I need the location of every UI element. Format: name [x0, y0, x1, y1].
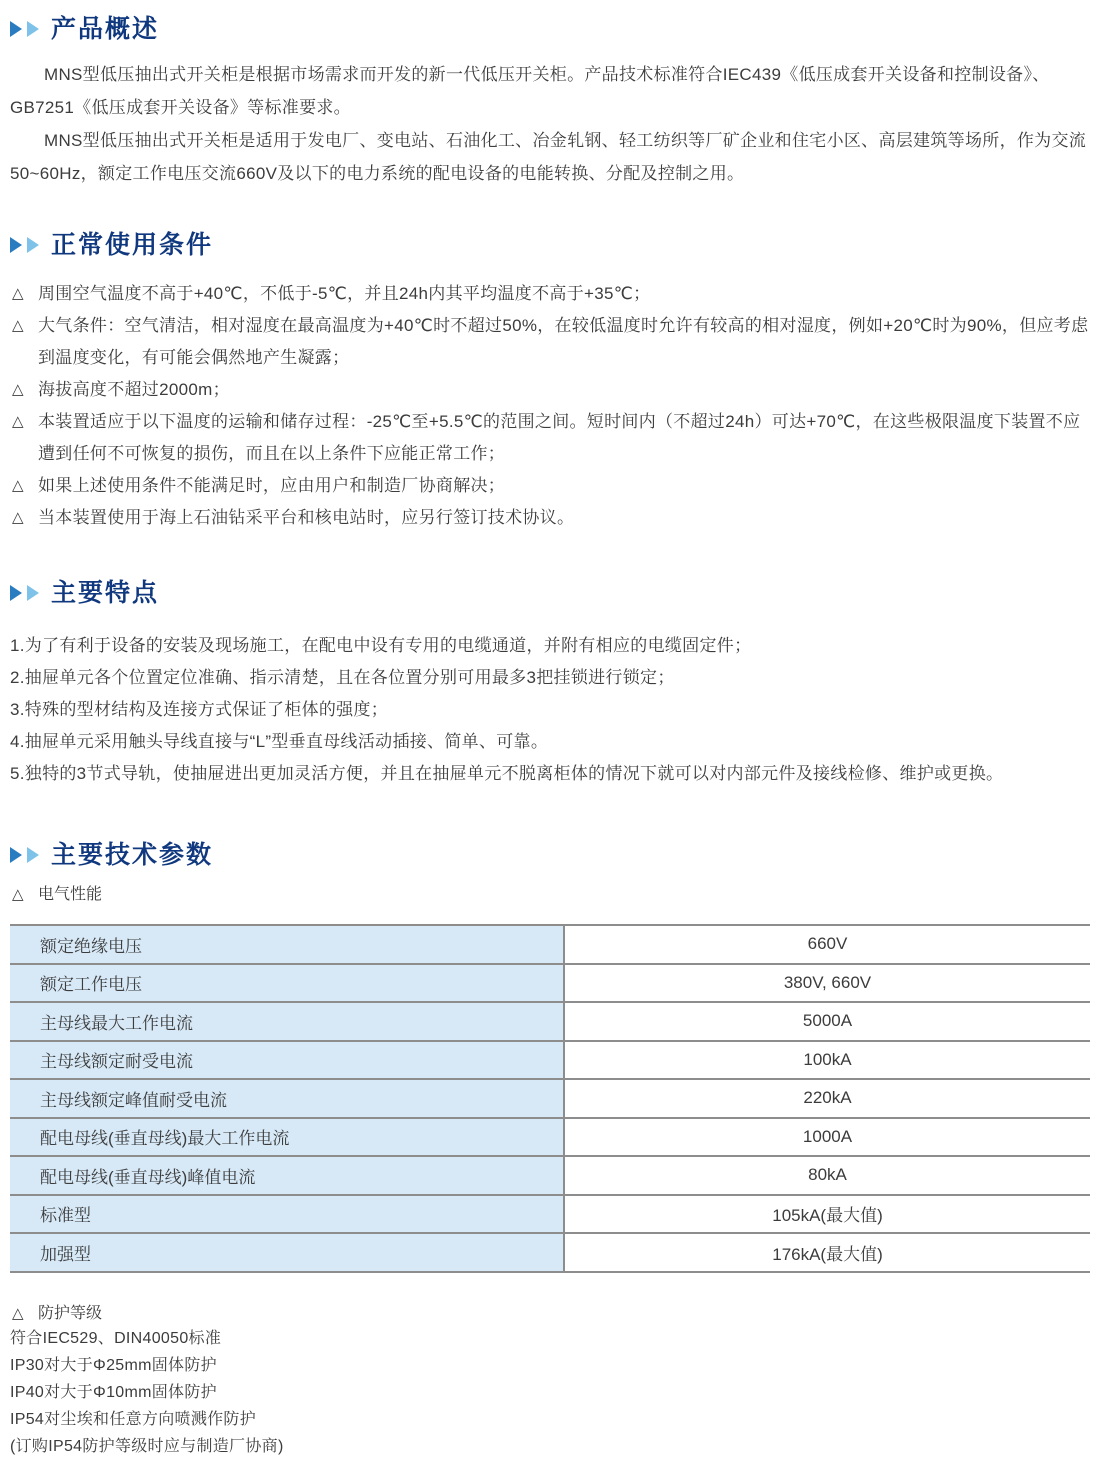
protection-class-text: 防护等级	[38, 1305, 102, 1322]
table-row-label: 主母线最大工作电流	[10, 1003, 563, 1040]
table-row-label: 主母线额定耐受电流	[10, 1042, 563, 1079]
parameters-table: 额定绝缘电压 660V 额定工作电压 380V, 660V 主母线最大工作电流 …	[10, 924, 1090, 1273]
table-row-value: 660V	[563, 926, 1090, 963]
chevron-right-dark-icon	[10, 585, 22, 601]
protection-line: 符合IEC529、DIN40050标准	[10, 1325, 1090, 1352]
table-row: 标准型 105kA(最大值)	[10, 1194, 1090, 1233]
table-row: 主母线最大工作电流 5000A	[10, 1001, 1090, 1040]
table-row: 额定绝缘电压 660V	[10, 924, 1090, 963]
table-row-value: 176kA(最大值)	[563, 1234, 1090, 1271]
conditions-list: △ 周围空气温度不高于+40℃，不低于-5℃，并且24h内其平均温度不高于+35…	[10, 278, 1090, 534]
condition-text: 当本装置使用于海上石油钻采平台和核电站时，应另行签订技术协议。	[38, 508, 574, 527]
chevron-right-light-icon	[27, 847, 39, 863]
overview-paragraph: MNS型低压抽出式开关柜是根据市场需求而开发的新一代低压开关柜。产品技术标准符合…	[10, 58, 1090, 124]
table-row-value: 5000A	[563, 1003, 1090, 1040]
table-row-label: 主母线额定峰值耐受电流	[10, 1080, 563, 1117]
table-row-value: 1000A	[563, 1119, 1090, 1156]
protection-line: (订购IP54防护等级时应与制造厂协商)	[10, 1433, 1090, 1460]
section-title-parameters: 主要技术参数	[51, 840, 213, 870]
feature-item: 5.独特的3节式导轨，使抽屉进出更加灵活方便，并且在抽屉单元不脱离柜体的情况下就…	[10, 758, 1090, 790]
document-page: 产品概述 MNS型低压抽出式开关柜是根据市场需求而开发的新一代低压开关柜。产品技…	[0, 0, 1100, 1484]
condition-item: △ 如果上述使用条件不能满足时，应由用户和制造厂协商解决；	[10, 470, 1090, 502]
section-header-overview: 产品概述	[10, 14, 1090, 44]
triangle-bullet-icon: △	[12, 310, 24, 342]
table-row: 配电母线(垂直母线)峰值电流 80kA	[10, 1155, 1090, 1194]
features-list: 1.为了有利于设备的安装及现场施工，在配电中设有专用的电缆通道，并附有相应的电缆…	[10, 630, 1090, 790]
triangle-bullet-icon: △	[12, 502, 24, 534]
table-row: 加强型 176kA(最大值)	[10, 1232, 1090, 1271]
table-row-label: 额定绝缘电压	[10, 926, 563, 963]
table-row: 额定工作电压 380V, 660V	[10, 963, 1090, 1002]
triangle-bullet-icon: △	[12, 406, 24, 438]
section-title-features: 主要特点	[51, 578, 159, 608]
table-row-label: 标准型	[10, 1196, 563, 1233]
chevron-right-light-icon	[27, 21, 39, 37]
condition-item: △ 大气条件：空气清洁，相对湿度在最高温度为+40℃时不超过50%，在较低温度时…	[10, 310, 1090, 374]
protection-line: IP40对大于Φ10mm固体防护	[10, 1379, 1090, 1406]
table-row-value: 220kA	[563, 1080, 1090, 1117]
table-row: 主母线额定峰值耐受电流 220kA	[10, 1078, 1090, 1117]
protection-class-block: △ 防护等级 符合IEC529、DIN40050标准 IP30对大于Φ25mm固…	[10, 1303, 1090, 1460]
condition-item: △ 海拔高度不超过2000m；	[10, 374, 1090, 406]
section-header-parameters: 主要技术参数	[10, 840, 1090, 870]
table-row-label: 额定工作电压	[10, 965, 563, 1002]
triangle-bullet-icon: △	[12, 1303, 24, 1325]
feature-item: 3.特殊的型材结构及连接方式保证了柜体的强度；	[10, 694, 1090, 726]
chevron-right-dark-icon	[10, 237, 22, 253]
condition-text: 大气条件：空气清洁，相对湿度在最高温度为+40℃时不超过50%，在较低温度时允许…	[38, 316, 1088, 367]
section-conditions: 正常使用条件 △ 周围空气温度不高于+40℃，不低于-5℃，并且24h内其平均温…	[10, 230, 1090, 534]
condition-text: 如果上述使用条件不能满足时，应由用户和制造厂协商解决；	[38, 476, 505, 495]
condition-item: △ 本装置适应于以下温度的运输和储存过程：-25℃至+5.5℃的范围之间。短时间…	[10, 406, 1090, 470]
feature-item: 4.抽屉单元采用触头导线直接与“L”型垂直母线活动插接、简单、可靠。	[10, 726, 1090, 758]
overview-body: MNS型低压抽出式开关柜是根据市场需求而开发的新一代低压开关柜。产品技术标准符合…	[10, 58, 1090, 190]
condition-item: △ 周围空气温度不高于+40℃，不低于-5℃，并且24h内其平均温度不高于+35…	[10, 278, 1090, 310]
electrical-performance-label: △ 电气性能	[10, 884, 1090, 906]
section-header-conditions: 正常使用条件	[10, 230, 1090, 260]
section-parameters: 主要技术参数 △ 电气性能 额定绝缘电压 660V 额定工作电压 380V, 6…	[10, 840, 1090, 1460]
triangle-bullet-icon: △	[12, 884, 24, 906]
section-title-conditions: 正常使用条件	[51, 230, 213, 260]
table-row-label: 配电母线(垂直母线)峰值电流	[10, 1157, 563, 1194]
chevron-right-dark-icon	[10, 21, 22, 37]
table-row-value: 80kA	[563, 1157, 1090, 1194]
table-row-value: 100kA	[563, 1042, 1090, 1079]
condition-text: 海拔高度不超过2000m；	[38, 380, 230, 399]
condition-item: △ 当本装置使用于海上石油钻采平台和核电站时，应另行签订技术协议。	[10, 502, 1090, 534]
feature-item: 1.为了有利于设备的安装及现场施工，在配电中设有专用的电缆通道，并附有相应的电缆…	[10, 630, 1090, 662]
section-title-overview: 产品概述	[51, 14, 159, 44]
triangle-bullet-icon: △	[12, 470, 24, 502]
feature-item: 2.抽屉单元各个位置定位准确、指示清楚，且在各位置分别可用最多3把挂锁进行锁定；	[10, 662, 1090, 694]
protection-class-label: △ 防护等级	[10, 1303, 1090, 1325]
table-row: 配电母线(垂直母线)最大工作电流 1000A	[10, 1117, 1090, 1156]
chevron-right-light-icon	[27, 237, 39, 253]
condition-text: 周围空气温度不高于+40℃，不低于-5℃，并且24h内其平均温度不高于+35℃；	[38, 284, 650, 303]
section-header-features: 主要特点	[10, 578, 1090, 608]
overview-paragraph: MNS型低压抽出式开关柜是适用于发电厂、变电站、石油化工、冶金轧钢、轻工纺织等厂…	[10, 124, 1090, 190]
protection-line: IP30对大于Φ25mm固体防护	[10, 1352, 1090, 1379]
section-overview: 产品概述 MNS型低压抽出式开关柜是根据市场需求而开发的新一代低压开关柜。产品技…	[10, 14, 1090, 190]
chevron-right-dark-icon	[10, 847, 22, 863]
chevron-right-light-icon	[27, 585, 39, 601]
table-row: 主母线额定耐受电流 100kA	[10, 1040, 1090, 1079]
triangle-bullet-icon: △	[12, 374, 24, 406]
condition-text: 本装置适应于以下温度的运输和储存过程：-25℃至+5.5℃的范围之间。短时间内（…	[38, 412, 1080, 463]
protection-line: IP54对尘埃和任意方向喷溅作防护	[10, 1406, 1090, 1433]
triangle-bullet-icon: △	[12, 278, 24, 310]
electrical-performance-text: 电气性能	[38, 886, 102, 903]
table-row-value: 105kA(最大值)	[563, 1196, 1090, 1233]
section-features: 主要特点 1.为了有利于设备的安装及现场施工，在配电中设有专用的电缆通道，并附有…	[10, 578, 1090, 790]
table-row-value: 380V, 660V	[563, 965, 1090, 1002]
table-row-label: 加强型	[10, 1234, 563, 1271]
table-row-label: 配电母线(垂直母线)最大工作电流	[10, 1119, 563, 1156]
